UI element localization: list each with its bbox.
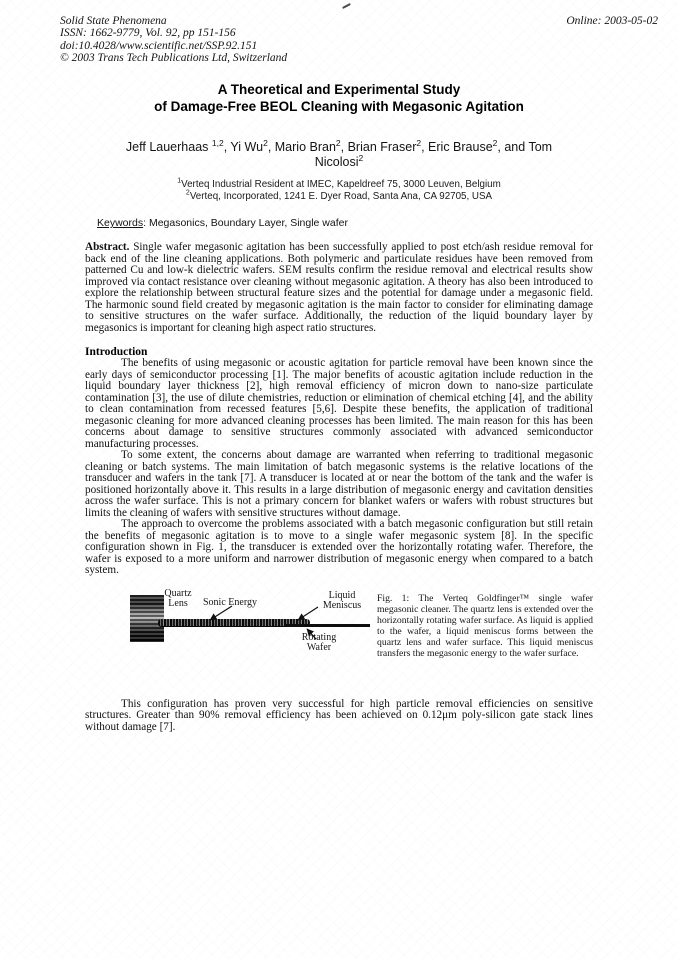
journal-doi: doi:10.4028/www.scientific.net/SSP.92.15… — [60, 40, 287, 52]
journal-header-left: Solid State Phenomena ISSN: 1662-9779, V… — [60, 15, 287, 64]
author: , Mario Bran2 — [268, 140, 341, 154]
intro-paragraph-1: The benefits of using megasonic or acous… — [85, 358, 593, 450]
arrow-sonic-energy — [210, 606, 232, 620]
author: , Eric Brause2 — [421, 140, 497, 154]
abstract-label: Abstract. — [85, 241, 129, 253]
author: , and Tom — [497, 140, 552, 154]
keywords-line: Keywords: Megasonics, Boundary Layer, Si… — [97, 217, 593, 229]
keywords-value: : Megasonics, Boundary Layer, Single waf… — [143, 217, 348, 229]
author: , Brian Fraser2 — [341, 140, 421, 154]
arrow-rotating-wafer — [307, 629, 316, 639]
abstract: Abstract. Single wafer megasonic agitati… — [85, 242, 593, 334]
affiliation-1: 1Verteq Industrial Resident at IMEC, Kap… — [85, 179, 593, 191]
author: , Yi Wu2 — [224, 140, 268, 154]
affiliation-2: 2Verteq, Incorporated, 1241 E. Dyer Road… — [85, 191, 593, 203]
author-affil-sup: 2 — [359, 153, 364, 163]
pen-mark-artifact — [342, 3, 351, 9]
intro-paragraph-2: To some extent, the concerns about damag… — [85, 450, 593, 519]
abstract-text: Single wafer megasonic agitation has bee… — [85, 241, 593, 334]
figure-1-caption: Fig. 1: The Verteq Goldfinger™ single wa… — [377, 593, 593, 660]
closing-paragraph: This configuration has proven very succe… — [85, 699, 593, 734]
author: Nicolosi2 — [315, 155, 364, 169]
online-date: Online: 2003-05-02 — [566, 15, 658, 27]
journal-header: Solid State Phenomena ISSN: 1662-9779, V… — [60, 15, 658, 64]
figure-1: Quartz Lens Sonic Energy Liquid Meniscus… — [85, 591, 593, 687]
intro-paragraph-3: The approach to overcome the problems as… — [85, 519, 593, 577]
author-affil-sup: 1,2 — [212, 138, 224, 148]
keywords-label: Keywords — [97, 217, 143, 229]
affiliations: 1Verteq Industrial Resident at IMEC, Kap… — [85, 179, 593, 202]
journal-name: Solid State Phenomena — [60, 15, 287, 27]
paper-title: A Theoretical and Experimental Study of … — [40, 81, 638, 115]
journal-copyright: © 2003 Trans Tech Publications Ltd, Swit… — [60, 52, 287, 64]
journal-issn: ISSN: 1662-9779, Vol. 92, pp 151-156 — [60, 27, 287, 39]
author-list: Jeff Lauerhaas 1,2, Yi Wu2, Mario Bran2,… — [95, 140, 583, 170]
arrow-liquid-meniscus — [298, 607, 318, 620]
author: Jeff Lauerhaas 1,2 — [126, 140, 224, 154]
paper-page: Solid State Phenomena ISSN: 1662-9779, V… — [0, 0, 678, 959]
